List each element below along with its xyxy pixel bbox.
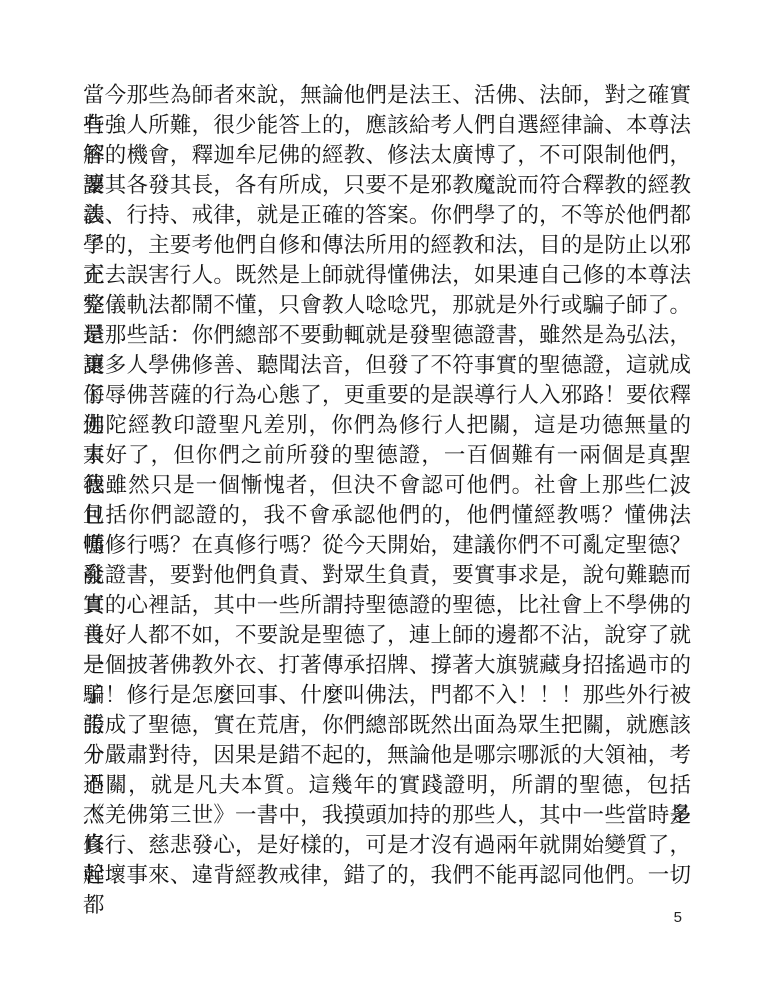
text-line: 實的心裡話，其中一些所謂持聖德證的聖德，比社會上不學佛的善 <box>83 590 691 620</box>
text-line: 了的，主要考他們自修和傳法所用的經教和法，目的是防止以邪充 <box>83 230 691 260</box>
text-line: 正去誤害行人。既然是上師就得懂佛法，如果連自己修的本尊法完 <box>83 260 691 290</box>
text-line: 義、行持、戒律，就是正確的答案。你們學了的，不等於他們都學 <box>83 200 691 230</box>
text-line: 發證書，要對他們負責、對眾生負責，要實事求是，說句難聽而真 <box>83 560 691 590</box>
text-line: 是那些話：你們總部不要動輒就是發聖德證書，雖然是為弘法，讓 <box>83 320 691 350</box>
text-line: 太好了，但你們之前所發的聖德證，一百個難有一兩個是真聖德， <box>83 440 691 470</box>
text-line: 包括你們認證的，我不會承認他們的，他們懂經教嗎？懂佛法嗎？ <box>83 500 691 530</box>
text-line: 修行、慈悲發心，是好樣的，可是才沒有過兩年就開始變質了，幹 <box>83 830 691 860</box>
text-line: 我雖然只是一個慚愧者，但決不會認可他們。社會上那些仁波且， <box>83 470 691 500</box>
body-text: 當今那些為師者來說，無論他們是法王、活佛、法師，對之確實有些強人所難，很少能答上… <box>83 80 691 890</box>
text-line: 侮辱佛菩薩的行為心態了，更重要的是誤導行人入邪路！要依釋迦 <box>83 380 691 410</box>
text-line: 當今那些為師者來說，無論他們是法王、活佛、法師，對之確實有 <box>83 80 691 110</box>
text-line: 些強人所難，很少能答上的，應該給考人們自選經律論、本尊法答 <box>83 110 691 140</box>
text-line: 解的機會，釋迦牟尼佛的經教、修法太廣博了，不可限制他們，要 <box>83 140 691 170</box>
text-line: 良好人都不如，不要說是聖德了，連上師的邊都不沾，說穿了就是 <box>83 620 691 650</box>
page-number: 5 <box>674 908 682 928</box>
text-line: 過關，就是凡夫本質。這幾年的實踐證明，所謂的聖德，包括《多 <box>83 770 691 800</box>
text-line: 懂修行嗎？在真修行嗎？從今天開始，建議你們不可亂定聖德、亂 <box>83 530 691 560</box>
text-line: 整儀軌法都鬧不懂，只會教人唸唸咒，那就是外行或騙子師了。還 <box>83 290 691 320</box>
text-line: 子！修行是怎麼回事、什麼叫佛法，門都不入！！！那些外行被誇 <box>83 680 691 710</box>
document-page: 當今那些為師者來說，無論他們是法王、活佛、法師，對之確實有些強人所難，很少能答上… <box>0 0 768 994</box>
text-line: 更多人學佛修善、聽聞法音，但發了不符事實的聖德證，這就成了 <box>83 350 691 380</box>
text-line: 讓其各發其長，各有所成，只要不是邪教魔說而符合釋教的經教法 <box>83 170 691 200</box>
text-line: 一個披著佛教外衣、打著傳承招牌、撐著大旗號藏身招搖過市的騙 <box>83 650 691 680</box>
text-line: 起壞事來、違背經教戒律，錯了的，我們不能再認同他們。一切都 <box>83 860 691 890</box>
text-line: 張成了聖德，實在荒唐，你們總部既然出面為眾生把關，就應該十 <box>83 710 691 740</box>
text-line: 杰羌佛第三世》一書中，我摸頭加持的那些人，其中一些當時是真 <box>83 800 691 830</box>
text-line: 分嚴肅對待，因果是錯不起的，無論他是哪宗哪派的大領袖，考不 <box>83 740 691 770</box>
text-line: 佛陀經教印證聖凡差別，你們為修行人把關，這是功德無量的事， <box>83 410 691 440</box>
